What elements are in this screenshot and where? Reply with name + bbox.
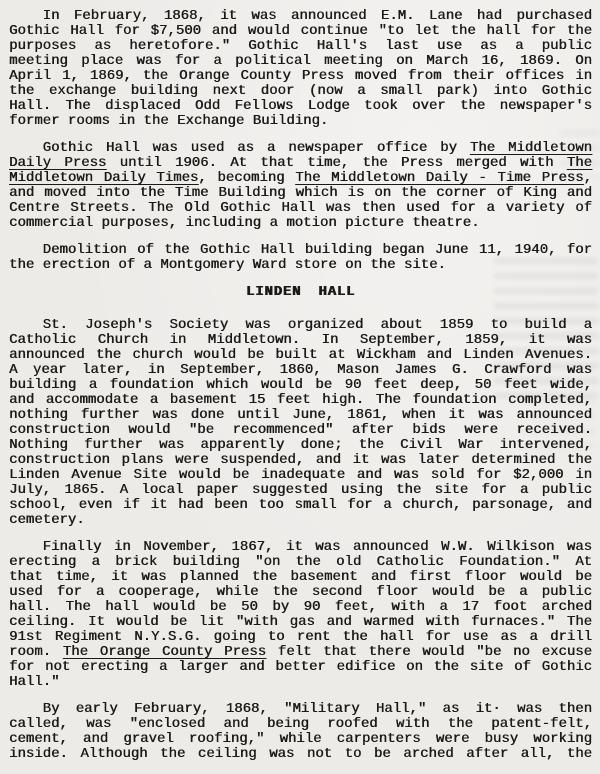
- text-line: Middletown Daily Times, becoming The Mid…: [9, 171, 592, 186]
- text-line: nothing further was done until June, 186…: [9, 408, 592, 423]
- underlined-newspaper-name: The Middletown: [470, 140, 592, 156]
- section-heading: LINDEN HALL: [9, 285, 592, 300]
- text-segment: In February, 1868, it was announced E.M.…: [43, 8, 592, 24]
- text-segment: the erection of a Montgomery Ward store …: [9, 257, 446, 273]
- text-segment: Linden Avenue Site would be inadequate a…: [9, 467, 592, 483]
- text-line: cement, and gravel roofing," while carpe…: [9, 732, 592, 747]
- text-line: Finally in November, 1867, it was announ…: [9, 540, 592, 555]
- text-line: A year later, in September, 1860, Mason …: [9, 363, 592, 378]
- text-line: and accommodate a basement 15 feet high.…: [9, 393, 592, 408]
- text-line: commercial purposes, including a motion …: [9, 216, 592, 231]
- text-line: building a foundation which would be 90 …: [9, 378, 592, 393]
- text-segment: used for a cooperage, while the second f…: [9, 584, 592, 600]
- text-line: meeting place was for a political meetin…: [9, 54, 592, 69]
- text-segment: cemetery.: [9, 512, 85, 528]
- underlined-newspaper-name: Daily Press: [9, 155, 106, 171]
- text-segment: called, was "enclosed and being roofed w…: [9, 716, 592, 732]
- text-segment: room.: [9, 644, 63, 660]
- text-line: Nothing further was apparently done; the…: [9, 438, 592, 453]
- paragraph-6: Finally in November, 1867, it was announ…: [9, 540, 592, 690]
- text-line: used for a cooperage, while the second f…: [9, 585, 592, 600]
- text-segment: and moved into the Time Building which i…: [9, 185, 592, 201]
- text-segment: construction plans were suspended, and i…: [9, 452, 592, 468]
- text-segment: nothing further was done until June, 186…: [9, 407, 592, 423]
- text-line: construction plans were suspended, and i…: [9, 453, 592, 468]
- text-segment: the exchange building next door (now a s…: [9, 83, 592, 99]
- text-segment: Hall.": [9, 674, 59, 690]
- text-segment: By early February, 1868, "Military Hall,…: [43, 701, 592, 717]
- text-line: the exchange building next door (now a s…: [9, 84, 592, 99]
- paragraph-3: Demolition of the Gothic Hall building b…: [9, 243, 592, 273]
- text-segment: purposes as heretofore." Gothic Hall's l…: [9, 38, 592, 54]
- document-page: In February, 1868, it was announced E.M.…: [0, 0, 600, 774]
- underlined-newspaper-name: The Orange County Press: [63, 644, 266, 660]
- text-segment: erecting a brick building "on the old Ca…: [9, 554, 592, 570]
- text-line: Daily Press until 1906. At that time, th…: [9, 156, 592, 171]
- text-line: inside. Although the ceiling was not to …: [9, 747, 592, 762]
- paragraph-2: Gothic Hall was used as a newspaper offi…: [9, 141, 592, 231]
- text-segment: A year later, in September, 1860, Mason …: [9, 362, 592, 378]
- text-line: former rooms in the Exchange Building.: [9, 114, 592, 129]
- text-segment: Centre Streets. The Old Gothic Hall was …: [9, 200, 592, 216]
- text-segment: cement, and gravel roofing," while carpe…: [9, 731, 592, 747]
- text-segment: building a foundation which would be 90 …: [9, 377, 592, 393]
- page-content: In February, 1868, it was announced E.M.…: [9, 9, 592, 762]
- text-segment: Nothing further was apparently done; the…: [9, 437, 592, 453]
- text-segment: , becoming: [198, 170, 295, 186]
- text-segment: meeting place was for a political meetin…: [9, 53, 592, 69]
- text-line: By early February, 1868, "Military Hall,…: [9, 702, 592, 717]
- text-line: that time, it was planned the basement a…: [9, 570, 592, 585]
- text-segment: school, even if it had been too small fo…: [9, 497, 592, 513]
- text-segment: Gothic Hall was used as a newspaper offi…: [43, 140, 470, 156]
- text-line: ceiling. It would be lit "with gas and w…: [9, 615, 592, 630]
- text-segment: construction would "be recommenced" afte…: [9, 422, 592, 438]
- text-line: for not erecting a larger and better edi…: [9, 660, 592, 675]
- text-segment: April 1, 1869, the Orange County Press m…: [9, 68, 592, 84]
- text-line: Centre Streets. The Old Gothic Hall was …: [9, 201, 592, 216]
- text-segment: announced the church would be built at W…: [9, 347, 592, 363]
- text-line: Catholic Church in Middletown. In Septem…: [9, 333, 592, 348]
- text-line: Gothic Hall for $7,500 and would continu…: [9, 24, 592, 39]
- text-segment: until 1906. At that time, the Press merg…: [106, 155, 566, 171]
- underlined-newspaper-name: The: [567, 155, 592, 171]
- text-segment: Demolition of the Gothic Hall building b…: [43, 242, 592, 258]
- text-line: called, was "enclosed and being roofed w…: [9, 717, 592, 732]
- text-line: school, even if it had been too small fo…: [9, 498, 592, 513]
- text-line: hall. The hall would be 50 by 90 feet, w…: [9, 600, 592, 615]
- text-segment: July, 1865. A local paper suggested usin…: [9, 482, 592, 498]
- underlined-newspaper-name: Middletown Daily Times: [9, 170, 198, 186]
- text-line: St. Joseph's Society was organized about…: [9, 318, 592, 333]
- paragraph-7: By early February, 1868, "Military Hall,…: [9, 702, 592, 762]
- text-segment: felt that there would "be no excuse: [266, 644, 592, 660]
- text-segment: and accommodate a basement 15 feet high.…: [9, 392, 592, 408]
- underlined-newspaper-name: The Middletown Daily - Time Press: [295, 170, 583, 186]
- text-line: room. The Orange County Press felt that …: [9, 645, 592, 660]
- text-line: announced the church would be built at W…: [9, 348, 592, 363]
- text-line: Linden Avenue Site would be inadequate a…: [9, 468, 592, 483]
- text-line: Gothic Hall was used as a newspaper offi…: [9, 141, 592, 156]
- text-line: construction would "be recommenced" afte…: [9, 423, 592, 438]
- text-segment: commercial purposes, including a motion …: [9, 215, 479, 231]
- text-segment: St. Joseph's Society was organized about…: [43, 317, 592, 333]
- text-line: and moved into the Time Building which i…: [9, 186, 592, 201]
- text-line: April 1, 1869, the Orange County Press m…: [9, 69, 592, 84]
- text-segment: that time, it was planned the basement a…: [9, 569, 592, 585]
- text-line: purposes as heretofore." Gothic Hall's l…: [9, 39, 592, 54]
- text-segment: Finally in November, 1867, it was announ…: [43, 539, 592, 555]
- text-segment: hall. The hall would be 50 by 90 feet, w…: [9, 599, 592, 615]
- text-segment: ,: [584, 170, 592, 186]
- text-line: cemetery.: [9, 513, 592, 528]
- text-segment: former rooms in the Exchange Building.: [9, 113, 328, 129]
- text-line: July, 1865. A local paper suggested usin…: [9, 483, 592, 498]
- text-segment: inside. Although the ceiling was not to …: [9, 746, 592, 762]
- text-line: the erection of a Montgomery Ward store …: [9, 258, 592, 273]
- text-segment: Gothic Hall for $7,500 and would continu…: [9, 23, 592, 39]
- text-line: 91st Regiment N.Y.S.G. going to rent the…: [9, 630, 592, 645]
- text-line: In February, 1868, it was announced E.M.…: [9, 9, 592, 24]
- text-line: erecting a brick building "on the old Ca…: [9, 555, 592, 570]
- text-line: Hall. The displaced Odd Fellows Lodge to…: [9, 99, 592, 114]
- text-line: Hall.": [9, 675, 592, 690]
- paragraph-5: St. Joseph's Society was organized about…: [9, 318, 592, 528]
- text-segment: Catholic Church in Middletown. In Septem…: [9, 332, 592, 348]
- paragraph-1: In February, 1868, it was announced E.M.…: [9, 9, 592, 129]
- text-line: Demolition of the Gothic Hall building b…: [9, 243, 592, 258]
- text-segment: 91st Regiment N.Y.S.G. going to rent the…: [9, 629, 592, 645]
- text-segment: ceiling. It would be lit "with gas and w…: [9, 614, 592, 630]
- text-segment: for not erecting a larger and better edi…: [9, 659, 592, 675]
- text-segment: Hall. The displaced Odd Fellows Lodge to…: [9, 98, 592, 114]
